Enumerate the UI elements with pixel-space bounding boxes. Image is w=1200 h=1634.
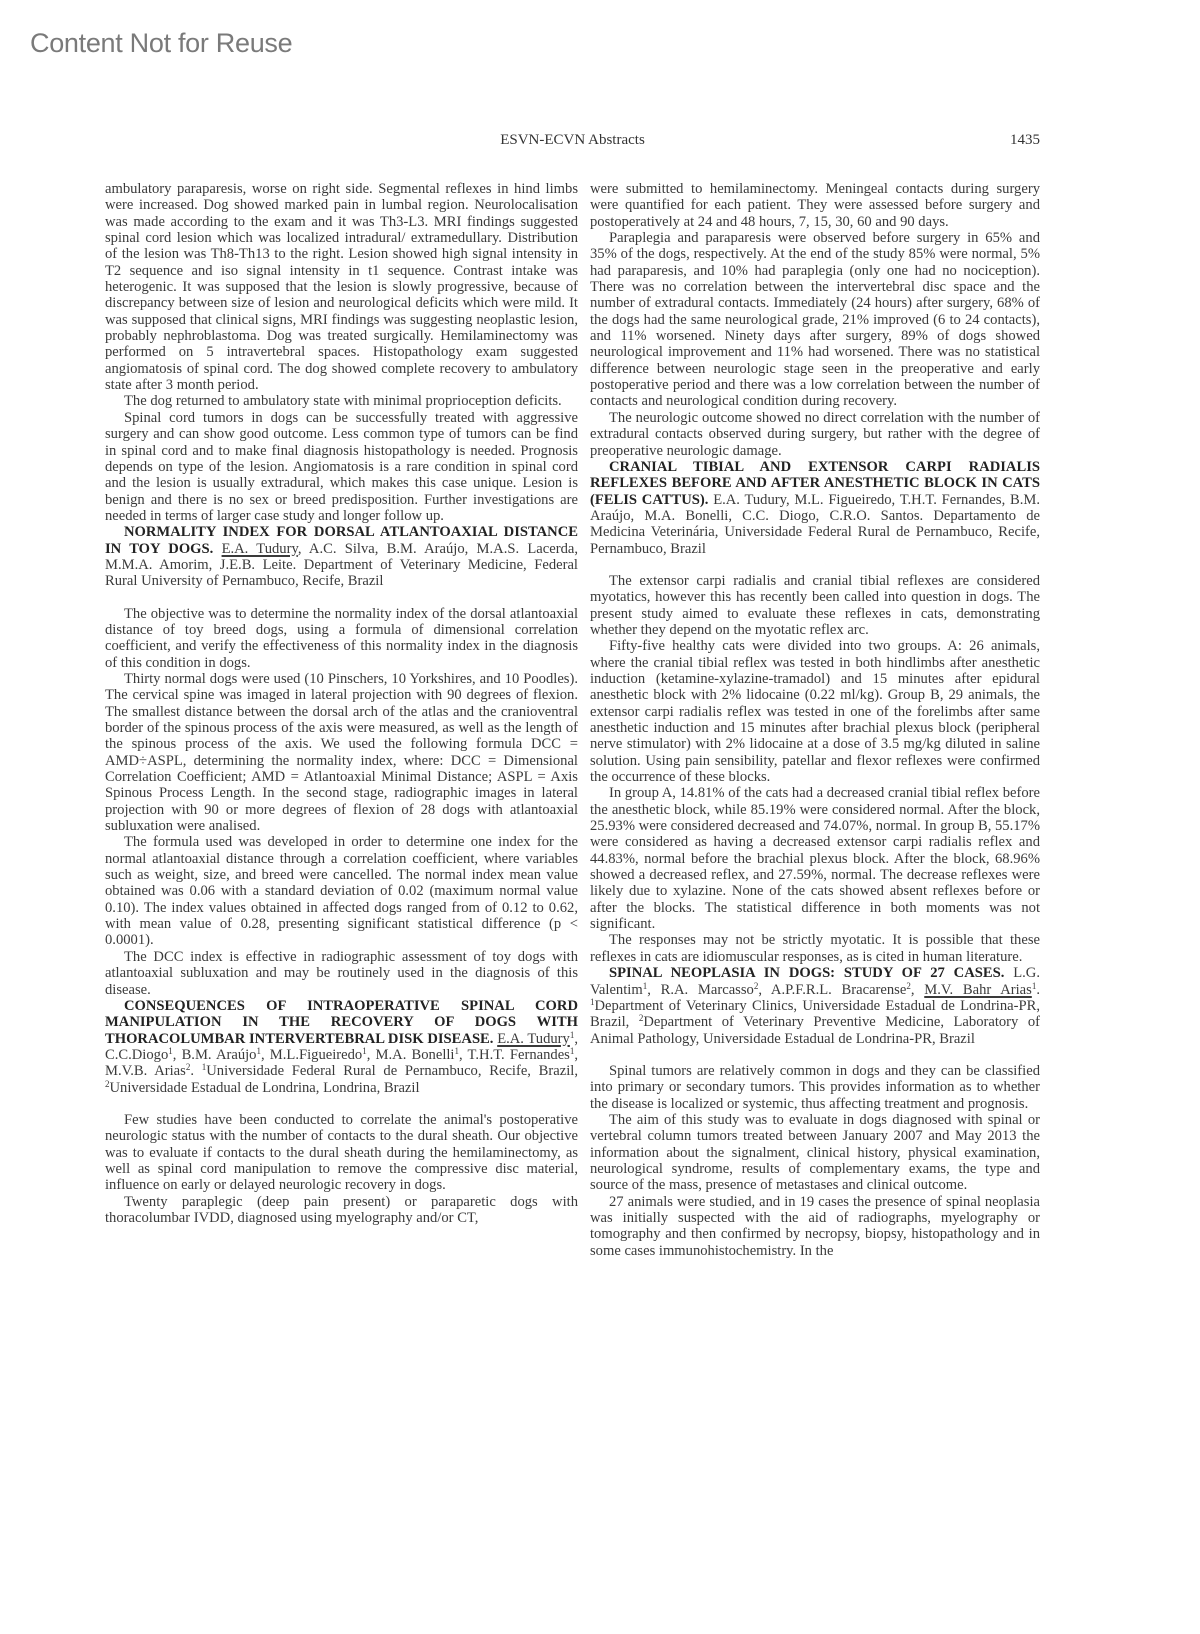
presenting-author: E.A. Tudury [497,1031,570,1047]
abstract-header-normality-index: NORMALITY INDEX FOR DORSAL ATLANTOAXIAL … [105,524,578,589]
abstract-body: The objective was to determine the norma… [105,606,578,998]
author: , M.L.Figueiredo [261,1047,362,1063]
paragraph: Twenty paraplegic (deep pain present) or… [105,1194,578,1227]
paragraph: Spinal tumors are relatively common in d… [590,1063,1040,1112]
paragraph: Spinal cord tumors in dogs can be succes… [105,410,578,524]
paragraph: The dog returned to ambulatory state wit… [105,393,578,409]
presenting-author: M.V. Bahr Arias [924,982,1032,998]
paragraph: Thirty normal dogs were used (10 Pinsche… [105,671,578,834]
author: , R.A. Marcasso [647,982,754,998]
affiliation: Department of Veterinary Preventive Medi… [590,1014,1040,1046]
running-head: ESVN-ECVN Abstracts 1435 [105,132,1040,152]
affiliation-sup: 1 [1032,981,1037,991]
paragraph: The objective was to determine the norma… [105,606,578,671]
separator: , [911,982,924,998]
author: , A.P.F.R.L. Bracarense [758,982,906,998]
abstract-body: The extensor carpi radialis and cranial … [590,573,1040,965]
presenting-author: E.A. Tudury [222,541,298,557]
abstract-body: Spinal tumors are relatively common in d… [590,1063,1040,1259]
author: , B.M. Araújo [173,1047,257,1063]
paragraph: The responses may not be strictly myotat… [590,932,1040,965]
paragraph: In group A, 14.81% of the cats had a dec… [590,785,1040,932]
affiliation-sup: 2 [186,1062,191,1072]
paragraph: 27 animals were studied, and in 19 cases… [590,1194,1040,1259]
page-number: 1435 [1010,132,1040,149]
author: , M.A. Bonelli [367,1047,455,1063]
paragraph: The neurologic outcome showed no direct … [590,410,1040,459]
paragraph: The formula used was developed in order … [105,834,578,948]
abstract-header-spinal-neoplasia: SPINAL NEOPLASIA IN DOGS: STUDY OF 27 CA… [590,965,1040,1047]
paragraph: The aim of this study was to evaluate in… [590,1112,1040,1194]
watermark: Content Not for Reuse [30,28,292,59]
abstract-title: SPINAL NEOPLASIA IN DOGS: STUDY OF 27 CA… [609,965,1004,981]
paragraph: The extensor carpi radialis and cranial … [590,573,1040,638]
paragraph: Fifty-five healthy cats were divided int… [590,638,1040,785]
author: , T.H.T. Fernandes [459,1047,570,1063]
paragraph: Few studies have been conducted to corre… [105,1112,578,1194]
affiliation: Universidade Federal Rural de Pernambuco… [206,1063,578,1079]
journal-title: ESVN-ECVN Abstracts [105,132,1040,149]
continued-paragraph: were submitted to hemilaminectomy. Menin… [590,181,1040,230]
abstract-header-intraoperative-manipulation: CONSEQUENCES OF INTRAOPERATIVE SPINAL CO… [105,998,578,1096]
paragraph: Paraplegia and paraparesis were observed… [590,230,1040,410]
abstract-header-cat-reflexes: CRANIAL TIBIAL AND EXTENSOR CARPI RADIAL… [590,459,1040,557]
right-column: were submitted to hemilaminectomy. Menin… [590,181,1040,1259]
affiliation: Universidade Estadual de Londrina, Londr… [110,1080,420,1096]
paragraph: The DCC index is effective in radiograph… [105,949,578,998]
continued-paragraph: ambulatory paraparesis, worse on right s… [105,181,578,393]
left-column: ambulatory paraparesis, worse on right s… [105,181,578,1226]
abstract-body: Few studies have been conducted to corre… [105,1112,578,1226]
